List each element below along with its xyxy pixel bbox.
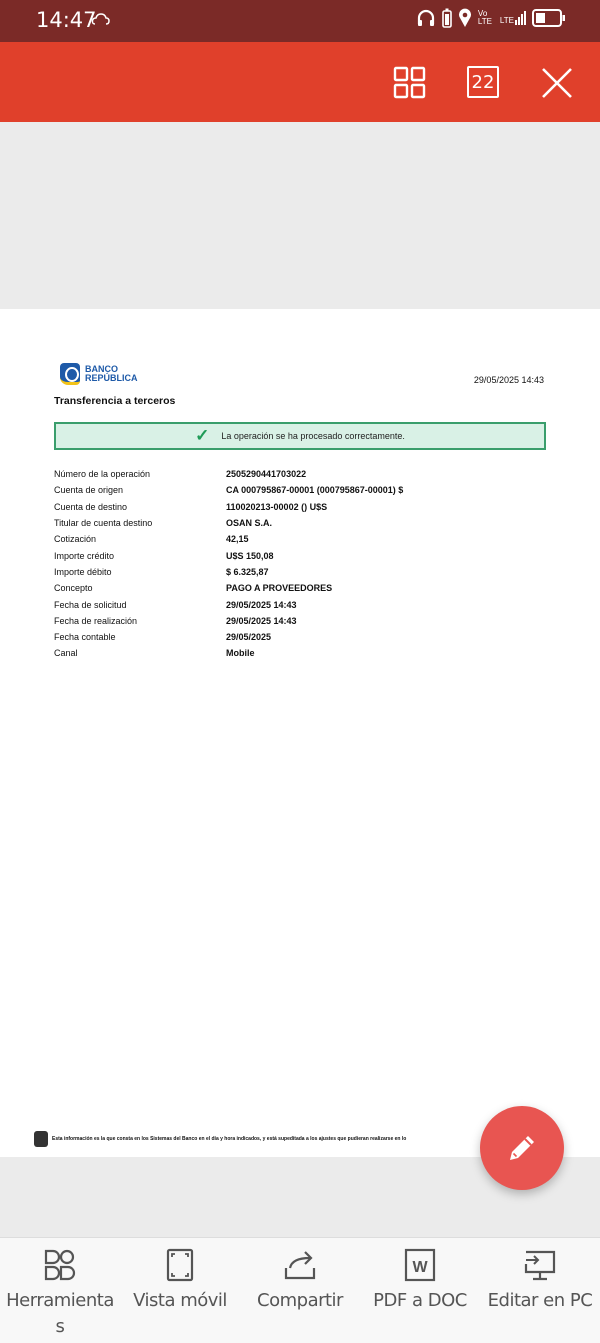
mobile-view-button[interactable]: Vista móvil [120, 1248, 240, 1314]
tools-icon [43, 1248, 77, 1282]
share-label: Compartir [240, 1288, 360, 1314]
location-icon [458, 8, 472, 28]
detail-value: OSAN S.A. [226, 518, 272, 528]
detail-label: Cuenta de origen [54, 485, 226, 495]
word-doc-icon: W [403, 1248, 437, 1282]
bank-name-line2: REPÚBLICA [85, 374, 138, 383]
headphones-icon [416, 8, 436, 28]
detail-value: 42,15 [226, 534, 249, 544]
app-toolbar: 22 [0, 42, 600, 122]
detail-row: CanalMobile [54, 645, 403, 661]
detail-label: Concepto [54, 583, 226, 593]
bank-logo: BANCO REPÚBLICA [60, 363, 138, 385]
edit-fab-button[interactable] [480, 1106, 564, 1190]
tools-label: Herramientas [4, 1288, 116, 1340]
detail-row: Importe créditoU$S 150,08 [54, 547, 403, 563]
edit-on-pc-icon [523, 1248, 557, 1282]
detail-row: Cotización42,15 [54, 531, 403, 547]
detail-label: Canal [54, 648, 226, 658]
bank-logo-icon [60, 363, 80, 385]
footer-note-text: Esta información es la que consta en los… [52, 1136, 406, 1142]
detail-row: Titular de cuenta destinoOSAN S.A. [54, 515, 403, 531]
detail-row: Fecha de solicitud29/05/2025 14:43 [54, 596, 403, 612]
bottom-toolbar: Herramientas Vista móvil Compartir W PDF… [0, 1237, 600, 1343]
cloud-sync-icon [91, 12, 111, 29]
pencil-icon [504, 1130, 540, 1166]
page-count-button[interactable]: 22 [467, 66, 499, 98]
detail-label: Cotización [54, 534, 226, 544]
lte-signal-icon: LTE [500, 11, 526, 25]
transfer-details: Número de la operación2505290441703022Cu… [54, 466, 403, 662]
status-bar: 14:47 Vo LTE LTE [0, 0, 600, 42]
detail-row: ConceptoPAGO A PROVEEDORES [54, 580, 403, 596]
volte-icon: Vo LTE [478, 10, 494, 26]
detail-label: Cuenta de destino [54, 502, 226, 512]
detail-row: Cuenta de destino110020213-00002 () U$S [54, 499, 403, 515]
close-icon[interactable] [540, 66, 574, 100]
detail-label: Importe débito [54, 567, 226, 577]
detail-label: Número de la operación [54, 469, 226, 479]
detail-row: Número de la operación2505290441703022 [54, 466, 403, 482]
detail-value: CA 000795867-00001 (000795867-00001) $ [226, 485, 403, 495]
status-icons: Vo LTE LTE [416, 8, 566, 28]
svg-text:W: W [412, 1259, 428, 1276]
share-icon [283, 1248, 317, 1282]
pdf-to-doc-label: PDF a DOC [360, 1288, 480, 1314]
detail-value: 2505290441703022 [226, 469, 306, 479]
detail-label: Fecha contable [54, 632, 226, 642]
detail-value: PAGO A PROVEEDORES [226, 583, 332, 593]
edit-on-pc-label: Editar en PC [480, 1288, 600, 1314]
detail-row: Fecha contable29/05/2025 [54, 629, 403, 645]
footer-note: Esta información es la que consta en los… [34, 1131, 484, 1147]
detail-value: 29/05/2025 14:43 [226, 600, 297, 610]
detail-value: 29/05/2025 [226, 632, 271, 642]
bank-logo-small-icon [34, 1131, 48, 1147]
detail-row: Cuenta de origenCA 000795867-00001 (0007… [54, 482, 403, 498]
grid-view-icon[interactable] [393, 66, 427, 100]
battery-icon [532, 9, 566, 27]
document-date: 29/05/2025 14:43 [474, 375, 544, 385]
detail-value: 110020213-00002 () U$S [226, 502, 327, 512]
pdf-to-doc-button[interactable]: W PDF a DOC [360, 1248, 480, 1314]
page-count: 22 [472, 72, 495, 93]
battery-saver-icon [442, 8, 452, 28]
detail-value: U$S 150,08 [226, 551, 274, 561]
checkmark-icon: ✓ [195, 426, 209, 446]
status-time: 14:47 [36, 8, 97, 32]
tools-button[interactable]: Herramientas [0, 1248, 120, 1340]
detail-label: Fecha de realización [54, 616, 226, 626]
edit-on-pc-button[interactable]: Editar en PC [480, 1248, 600, 1314]
mobile-view-icon [163, 1248, 197, 1282]
detail-label: Fecha de solicitud [54, 600, 226, 610]
detail-value: Mobile [226, 648, 255, 658]
detail-value: 29/05/2025 14:43 [226, 616, 297, 626]
detail-value: $ 6.325,87 [226, 567, 269, 577]
detail-row: Importe débito$ 6.325,87 [54, 564, 403, 580]
document-title: Transferencia a terceros [54, 395, 175, 407]
detail-label: Importe crédito [54, 551, 226, 561]
success-banner: ✓ La operación se ha procesado correctam… [54, 422, 546, 450]
detail-label: Titular de cuenta destino [54, 518, 226, 528]
mobile-view-label: Vista móvil [120, 1288, 240, 1314]
share-button[interactable]: Compartir [240, 1248, 360, 1314]
detail-row: Fecha de realización29/05/2025 14:43 [54, 613, 403, 629]
success-message: La operación se ha procesado correctamen… [221, 431, 405, 441]
